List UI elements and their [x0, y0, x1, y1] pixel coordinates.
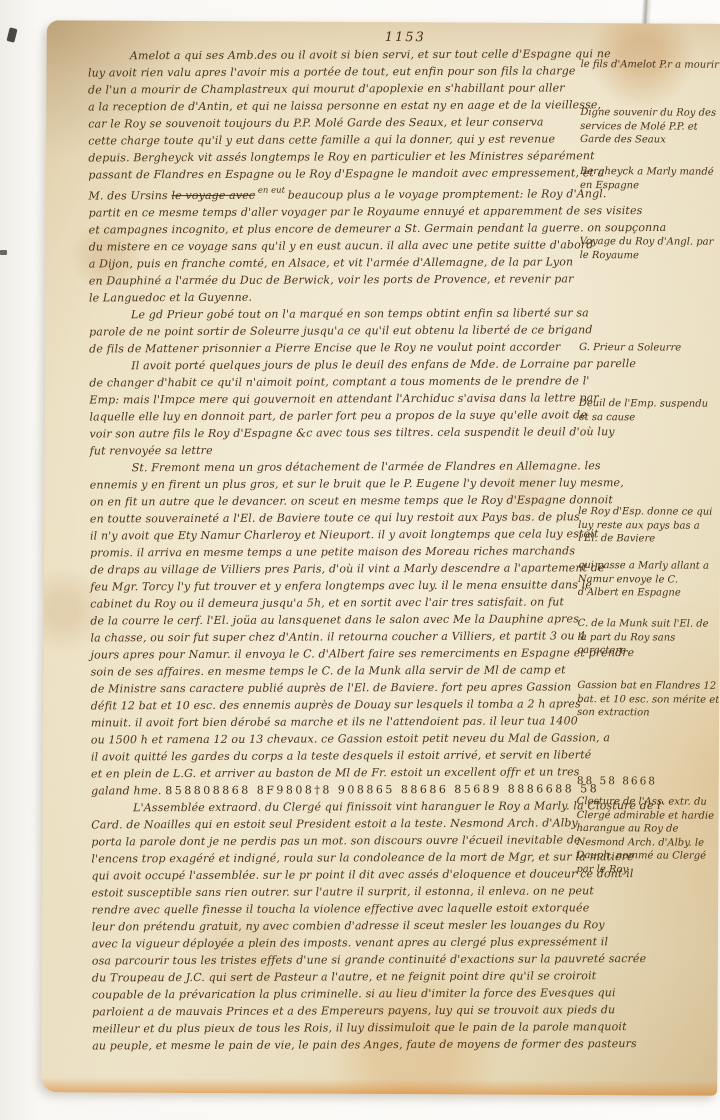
- text-line: jours apres pour Namur. il envoya le C. …: [90, 644, 714, 664]
- text-line: M. des Ursins le voyage avec en eut beau…: [88, 181, 712, 205]
- interlinear-insertion: en eut: [255, 186, 288, 196]
- text-line: et campagnes incognito, et plus encore d…: [89, 219, 713, 239]
- manuscript-lines: Amelot a qui ses Amb.des ou il avoit si …: [88, 45, 716, 1055]
- text-line: qui avoit occupé l'assemblée. sur le pr …: [91, 865, 715, 885]
- text-line: osa parcourir tous les tristes effets d'…: [92, 950, 716, 970]
- page-bottom-edge: [41, 1077, 717, 1096]
- scan-background: { "page_number": "1153", "ink_color": "#…: [0, 0, 720, 1120]
- edge-mark: [0, 250, 7, 255]
- cipher-glyphs: 858808868 8F9808†8 908865 88686 85689 88…: [165, 782, 599, 797]
- text-line: ennemis y en firent un plus gros, et sur…: [90, 474, 714, 494]
- text-line: au peuple, et mesme le pain de vie, le p…: [92, 1035, 716, 1055]
- page-number: 1153: [385, 30, 426, 45]
- manuscript-page: 1153 Amelot a qui ses Amb.des ou il avoi…: [41, 20, 720, 1096]
- text-line: L'Assemblée extraord. du Clergé qui fini…: [91, 797, 715, 817]
- text-line: Il avoit porté quelques jours de plus le…: [89, 355, 713, 375]
- edge-mark: [6, 27, 17, 43]
- struck-text: le voyage avec: [171, 189, 255, 202]
